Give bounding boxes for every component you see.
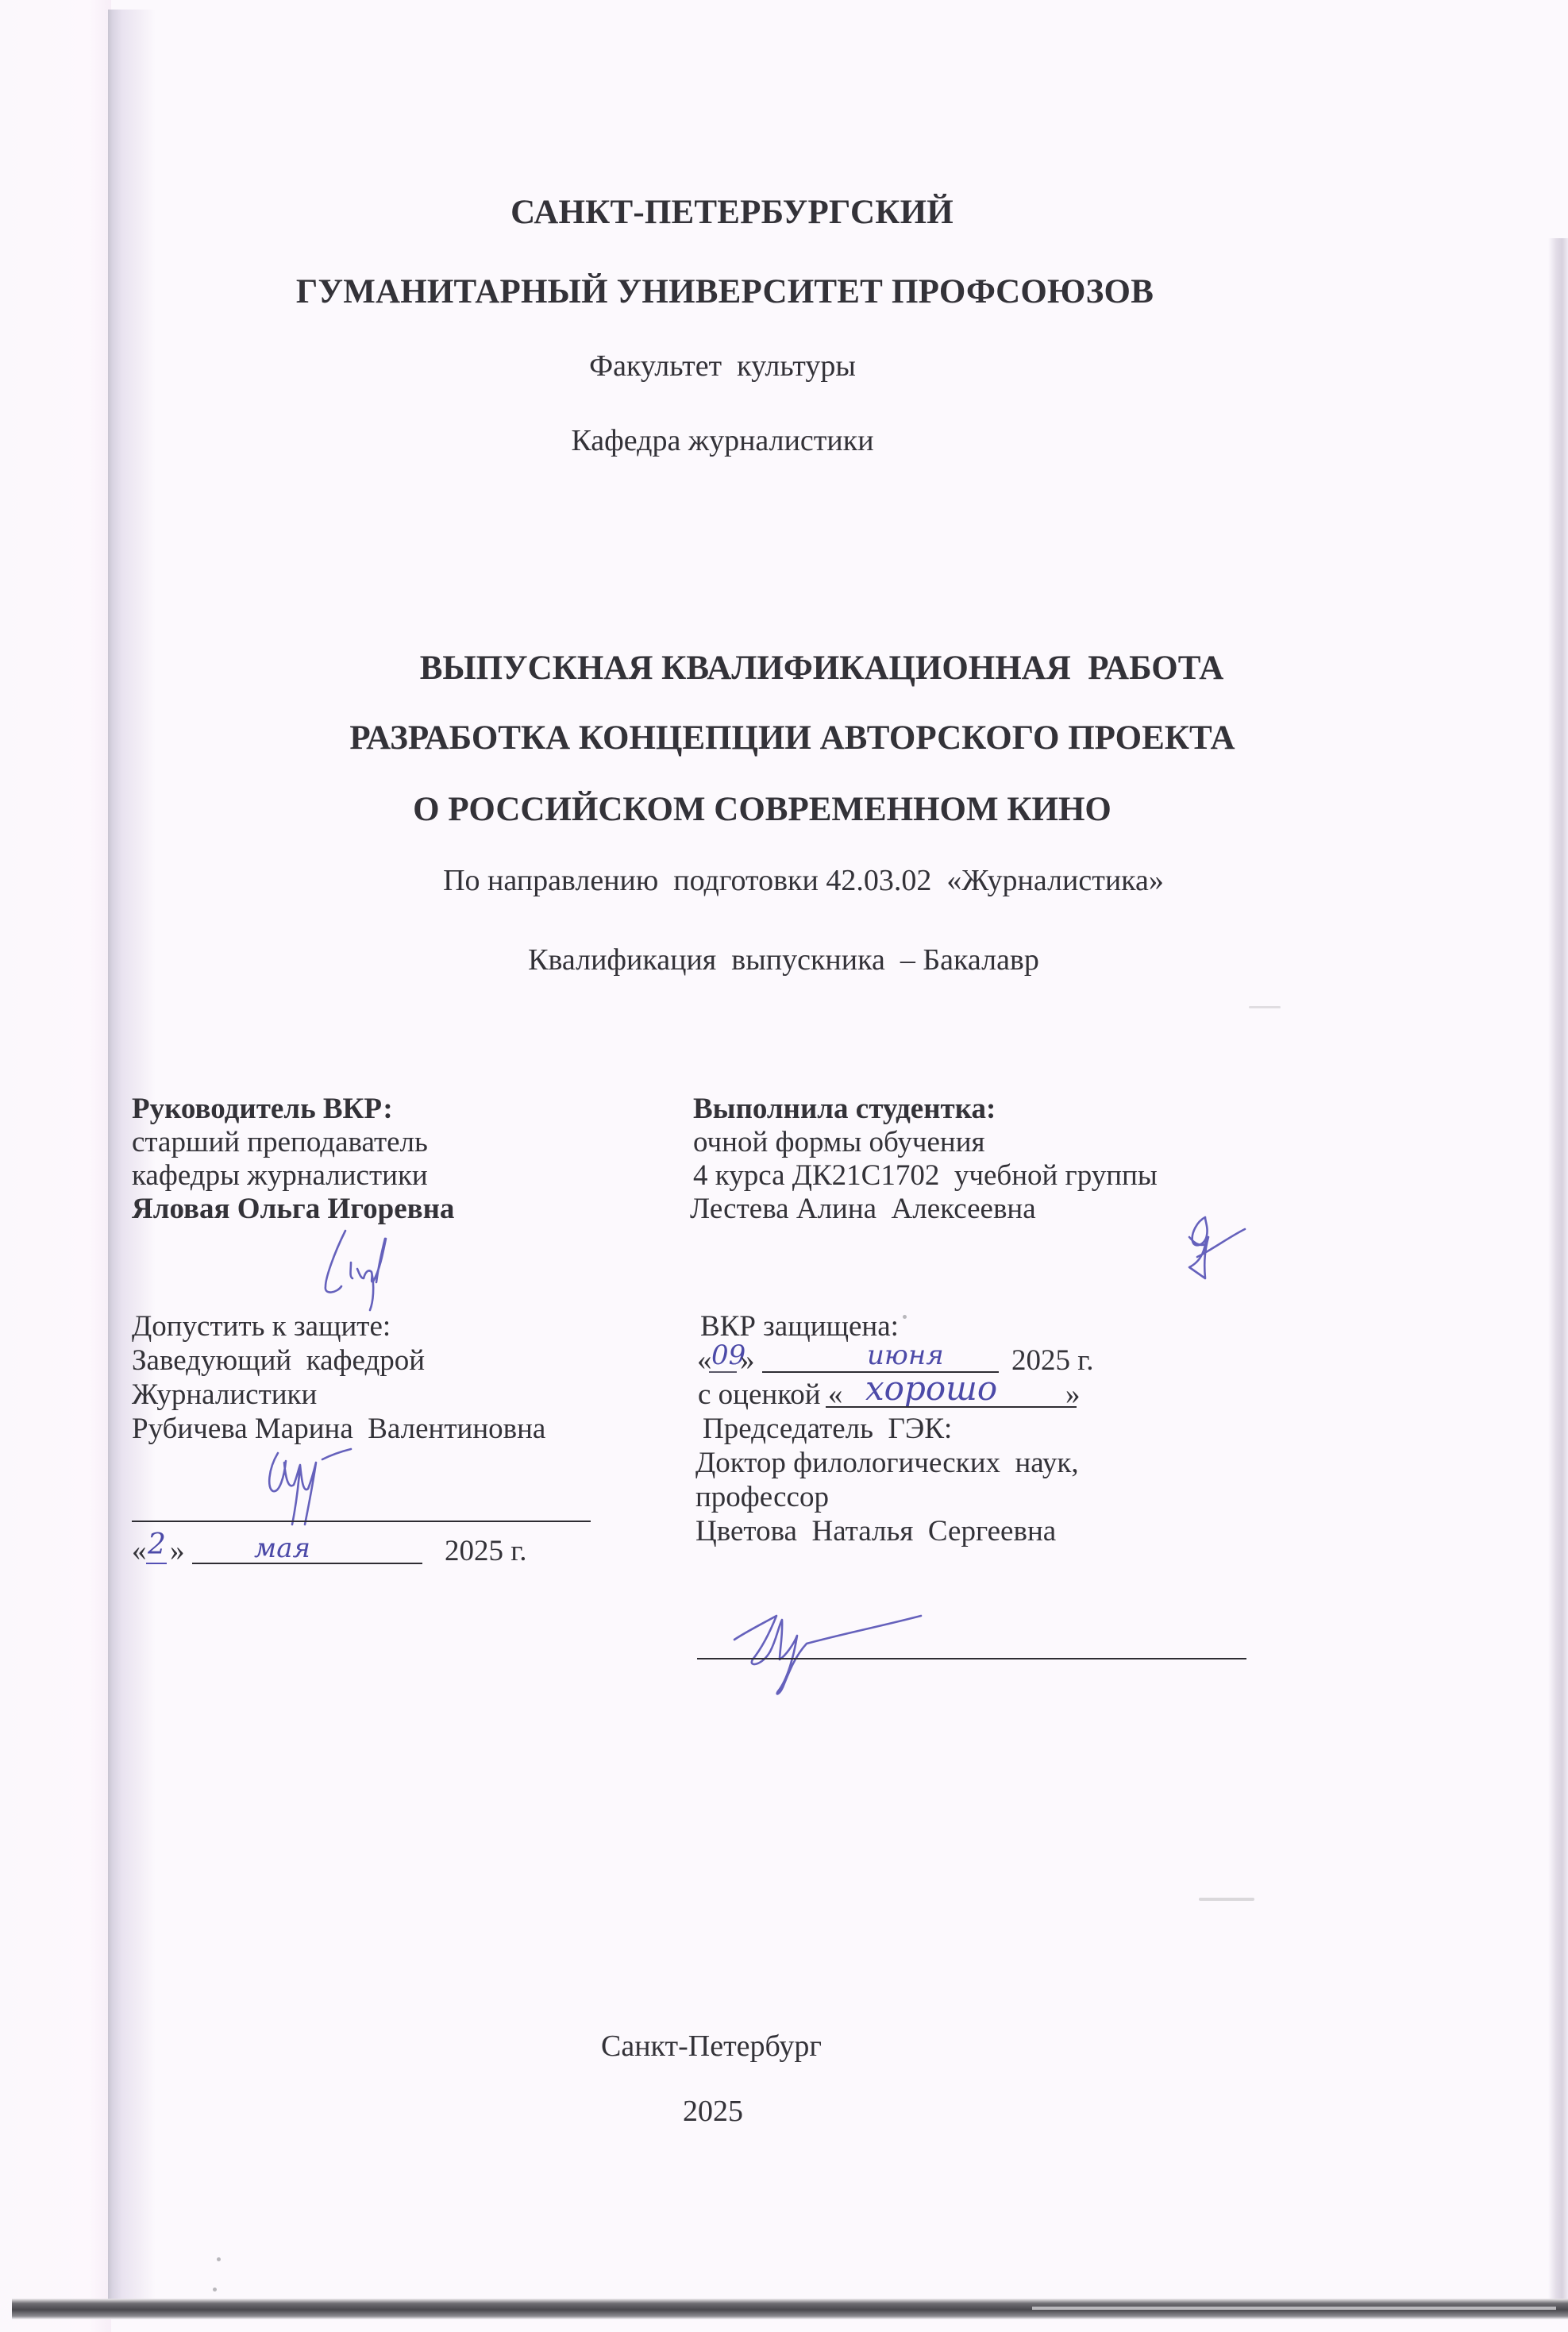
supervisor-position: старший преподаватель (132, 1127, 428, 1157)
scan-speck (213, 2288, 217, 2292)
head-of-department-signature (252, 1445, 372, 1536)
supervisor-name: Яловая Ольга Игоревна (132, 1194, 454, 1224)
defense-date-year: 2025 г. (1011, 1346, 1094, 1375)
scanner-bottom-edge-right (1032, 2307, 1556, 2310)
commission-chair-name: Цветова Наталья Сергеевна (695, 1517, 1056, 1546)
department-name: Кафедра журналистики (571, 426, 873, 456)
graduate-qualification: Квалификация выпускника – Бакалавр (528, 945, 1039, 975)
defense-date-close-quote: » (740, 1346, 755, 1375)
year: 2025 (683, 2096, 743, 2126)
admission-date-close-quote: » (170, 1536, 185, 1566)
admission-date-year: 2025 г. (445, 1536, 527, 1566)
thesis-title-line2: О РОССИЙСКОМ СОВРЕМЕННОМ КИНО (413, 792, 1111, 827)
head-of-department-name: Рубичева Марина Валентиновна (132, 1414, 545, 1444)
admission-date-day: 2 (148, 1531, 166, 1559)
defense-label: ВКР защищена: (700, 1312, 899, 1341)
university-name-line2: ГУМАНИТАРНЫЙ УНИВЕРСИТЕТ ПРОФСОЮЗОВ (296, 275, 1154, 309)
student-signature (1173, 1213, 1261, 1289)
faculty-name: Факультет культуры (589, 351, 856, 381)
thesis-title-line1: РАЗРАБОТКА КОНЦЕПЦИИ АВТОРСКОГО ПРОЕКТА (349, 721, 1235, 755)
commission-chair-degree: Доктор филологических наук, (695, 1448, 1079, 1478)
defense-grade-value: хорошо (865, 1372, 997, 1405)
commission-chair-label: Председатель ГЭК: (703, 1414, 952, 1444)
admission-date-day-underline (146, 1563, 167, 1564)
defense-grade-prefix: с оценкой « (698, 1380, 842, 1409)
city: Санкт-Петербург (601, 2031, 822, 2061)
admission-date-open-quote: « (132, 1536, 147, 1566)
scan-mark (1199, 1898, 1254, 1901)
head-of-department-signature-line (132, 1521, 591, 1522)
supervisor-signature (302, 1223, 413, 1322)
admission-date-month-line (192, 1563, 422, 1564)
admission-date-month: мая (254, 1535, 310, 1562)
study-direction: По направлению подготовки 42.03.02 «Журн… (443, 865, 1164, 896)
head-of-department-role: Заведующий кафедрой (132, 1346, 425, 1375)
commission-chair-signature-line (697, 1658, 1246, 1659)
student-name: Лестева Алина Алексеевна (690, 1194, 1036, 1224)
scan-speck (217, 2257, 221, 2261)
student-heading: Выполнила студентка: (693, 1094, 996, 1124)
supervisor-heading: Руководитель ВКР: (132, 1094, 393, 1124)
scan-speck (903, 1315, 907, 1319)
student-study-form: очной формы обучения (693, 1127, 985, 1157)
supervisor-department: кафедры журналистики (132, 1161, 428, 1190)
scan-mark (1249, 1006, 1281, 1008)
student-group: 4 курса ДК21С1702 учебной группы (693, 1161, 1158, 1190)
university-name-line1: САНКТ-ПЕТЕРБУРГСКИЙ (510, 195, 954, 229)
defense-grade-line (826, 1406, 1077, 1408)
facing-page-edge (0, 0, 111, 2332)
defense-date-month: июня (867, 1342, 944, 1369)
admission-label: Допустить к защите: (132, 1312, 391, 1341)
head-of-department-role-cont: Журналистики (132, 1380, 317, 1409)
defense-grade-suffix: » (1065, 1380, 1081, 1409)
defense-date-day-underline (709, 1371, 737, 1373)
thesis-type: ВЫПУСКНАЯ КВАЛИФИКАЦИОННАЯ РАБОТА (420, 651, 1224, 685)
page-right-edge-shadow (1548, 238, 1568, 2319)
commission-chair-title: профессор (695, 1482, 829, 1512)
